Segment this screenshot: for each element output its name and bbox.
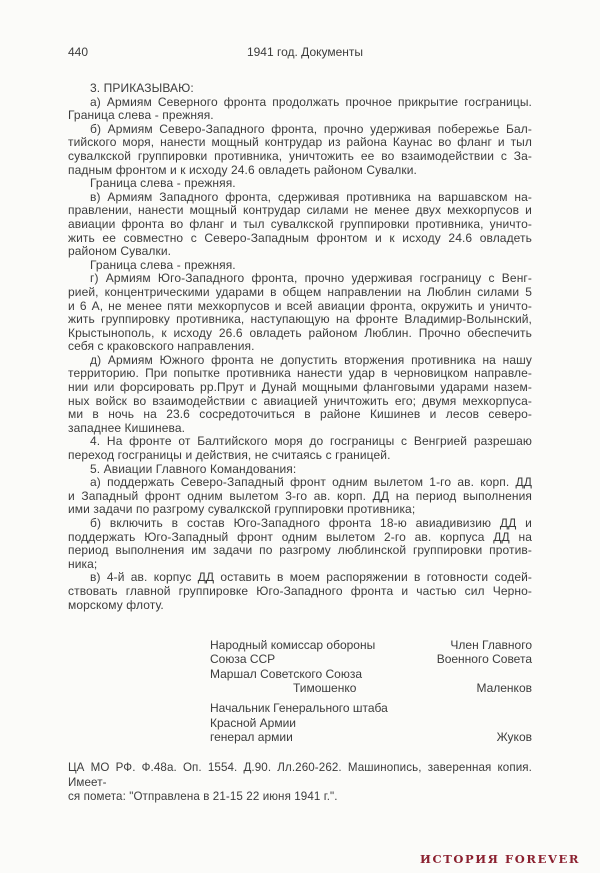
text-line: переход госграницы и действия, не считая… xyxy=(68,449,532,463)
document-page: 440 1941 год. Документы 3. ПРИКАЗЫВАЮ:а)… xyxy=(0,0,600,873)
text-line: г) Армиям Юго-Западного фронта, прочно у… xyxy=(68,272,532,286)
paragraph: Граница слева - прежняя. xyxy=(68,177,532,191)
signature-name: Маленков xyxy=(476,681,532,695)
text-line: и Западный фронт одним вылетом 3-го ав. … xyxy=(68,490,532,504)
text-line: правлении, нанести мощный контрудар сила… xyxy=(68,204,532,218)
text-line: западнее Кишинева. xyxy=(68,422,532,436)
signature-row: Начальник Генерального штаба xyxy=(68,701,532,715)
signature-title: Союза ССР xyxy=(210,652,275,666)
citation-line: ся помета: "Отправлена в 21-15 22 июня 1… xyxy=(68,790,532,805)
signature-row: Маршал Советского Союза xyxy=(68,667,532,681)
text-line: 5. Авиации Главного Командования: xyxy=(68,463,532,477)
signature-title: Народный комиссар обороны xyxy=(210,638,375,652)
paragraph: 3. ПРИКАЗЫВАЮ: xyxy=(68,82,532,96)
document-body: 3. ПРИКАЗЫВАЮ:а) Армиям Северного фронта… xyxy=(68,82,532,612)
text-line: ими задачи по разгрому сувалкской группи… xyxy=(68,503,532,517)
text-line: ствовать главной группировке Юго-Западно… xyxy=(68,585,532,599)
text-line: ми в ночь на 23.6 сосредоточиться в райо… xyxy=(68,408,532,422)
signature-name: Военного Совета xyxy=(437,652,532,666)
text-line: ника; xyxy=(68,558,532,572)
text-line: падным фронтом и к исходу 24.6 овладеть … xyxy=(68,164,532,178)
text-line: а) Армиям Северного фронта продолжать пр… xyxy=(68,96,532,110)
text-line: в) 4-й ав. корпус ДД оставить в моем рас… xyxy=(68,571,532,585)
paragraph: а) Армиям Северного фронта продолжать пр… xyxy=(68,96,532,123)
paragraph: в) 4-й ав. корпус ДД оставить в моем рас… xyxy=(68,571,532,612)
signature-row: Народный комиссар обороныЧлен Главного xyxy=(68,638,532,652)
text-line: период выполнения им задачи по разгрому … xyxy=(68,544,532,558)
paragraph: 4. На фронте от Балтийского моря до госг… xyxy=(68,435,532,462)
paragraph: в) Армиям Западного фронта, сдерживая пр… xyxy=(68,191,532,259)
paragraph: д) Армиям Южного фронта не допустить вто… xyxy=(68,354,532,436)
text-line: поддержать Юго-Западный фронт одним выле… xyxy=(68,531,532,545)
text-line: рией, концентрическими ударами в общем н… xyxy=(68,286,532,300)
text-line: б) Армиям Северо-Западного фронта, прочн… xyxy=(68,123,532,137)
text-line: б) включить в состав Юго-Западного фронт… xyxy=(68,517,532,531)
text-line: а) поддержать Северо-Западный фронт одни… xyxy=(68,476,532,490)
page-header: 440 1941 год. Документы xyxy=(68,0,532,59)
text-line: жить ее совместно с Северо-Западным фрон… xyxy=(68,232,532,246)
citation-line: ЦА МО РФ. Ф.48а. Оп. 1554. Д.90. Лл.260-… xyxy=(68,761,532,790)
text-line: и 6 А, не менее пяти мехкорпусов и всей … xyxy=(68,300,532,314)
text-line: районом Сувалки. xyxy=(68,245,532,259)
text-line: жить группировку противника, наступающую… xyxy=(68,313,532,327)
paragraph: 5. Авиации Главного Командования: xyxy=(68,463,532,477)
text-line: территорию. При попытке противника нанес… xyxy=(68,367,532,381)
signature-row: Союза ССРВоенного Совета xyxy=(68,652,532,666)
signature-title: Маршал Советского Союза xyxy=(210,667,362,681)
text-line: сувалкской группировки противника, уничт… xyxy=(68,150,532,164)
text-line: Граница слева - прежняя. xyxy=(68,259,532,273)
paragraph: б) включить в состав Юго-Западного фронт… xyxy=(68,517,532,571)
signature-row: ТимошенкоМаленков xyxy=(68,681,532,695)
signature-row: Красной Армии xyxy=(68,716,532,730)
text-line: морскому флоту. xyxy=(68,599,532,613)
signature-name: Член Главного xyxy=(450,638,532,652)
text-line: д) Армиям Южного фронта не допустить вто… xyxy=(68,354,532,368)
signature-block: Народный комиссар обороныЧлен ГлавногоСо… xyxy=(68,638,532,744)
text-line: в) Армиям Западного фронта, сдерживая пр… xyxy=(68,191,532,205)
paragraph: Граница слева - прежняя. xyxy=(68,259,532,273)
text-line: Граница слева - прежняя. xyxy=(68,177,532,191)
archive-citation: ЦА МО РФ. Ф.48а. Оп. 1554. Д.90. Лл.260-… xyxy=(68,761,532,805)
text-line: 4. На фронте от Балтийского моря до госг… xyxy=(68,435,532,449)
paragraph: г) Армиям Юго-Западного фронта, прочно у… xyxy=(68,272,532,354)
publisher-watermark: ИСТОРИЯ FOREVER xyxy=(420,852,580,866)
text-line: авиации фронта во фланг и тыл сувалкской… xyxy=(68,218,532,232)
text-line: 3. ПРИКАЗЫВАЮ: xyxy=(68,82,532,96)
signature-row: генерал армииЖуков xyxy=(68,730,532,744)
signature-title: Начальник Генерального штаба xyxy=(210,701,388,715)
text-line: Граница слева - прежняя. xyxy=(68,109,532,123)
signature-title: Тимошенко xyxy=(293,681,356,695)
page-number: 440 xyxy=(68,46,158,59)
signature-name: Жуков xyxy=(497,730,532,744)
text-line: себя с краковского направления. xyxy=(68,340,532,354)
text-line: Крыстынополь, к исходу 26.6 овладеть рай… xyxy=(68,327,532,341)
signature-title: генерал армии xyxy=(210,730,293,744)
text-line: ных войск во взаимодействии с авиацией у… xyxy=(68,395,532,409)
signature-title: Красной Армии xyxy=(210,716,296,730)
paragraph: а) поддержать Северо-Западный фронт одни… xyxy=(68,476,532,517)
running-title: 1941 год. Документы xyxy=(158,46,442,59)
text-line: тийского моря, нанести мощный контрудар … xyxy=(68,136,532,150)
paragraph: б) Армиям Северо-Западного фронта, прочн… xyxy=(68,123,532,177)
text-line: нии или форсировать рр.Прут и Дунай мощн… xyxy=(68,381,532,395)
